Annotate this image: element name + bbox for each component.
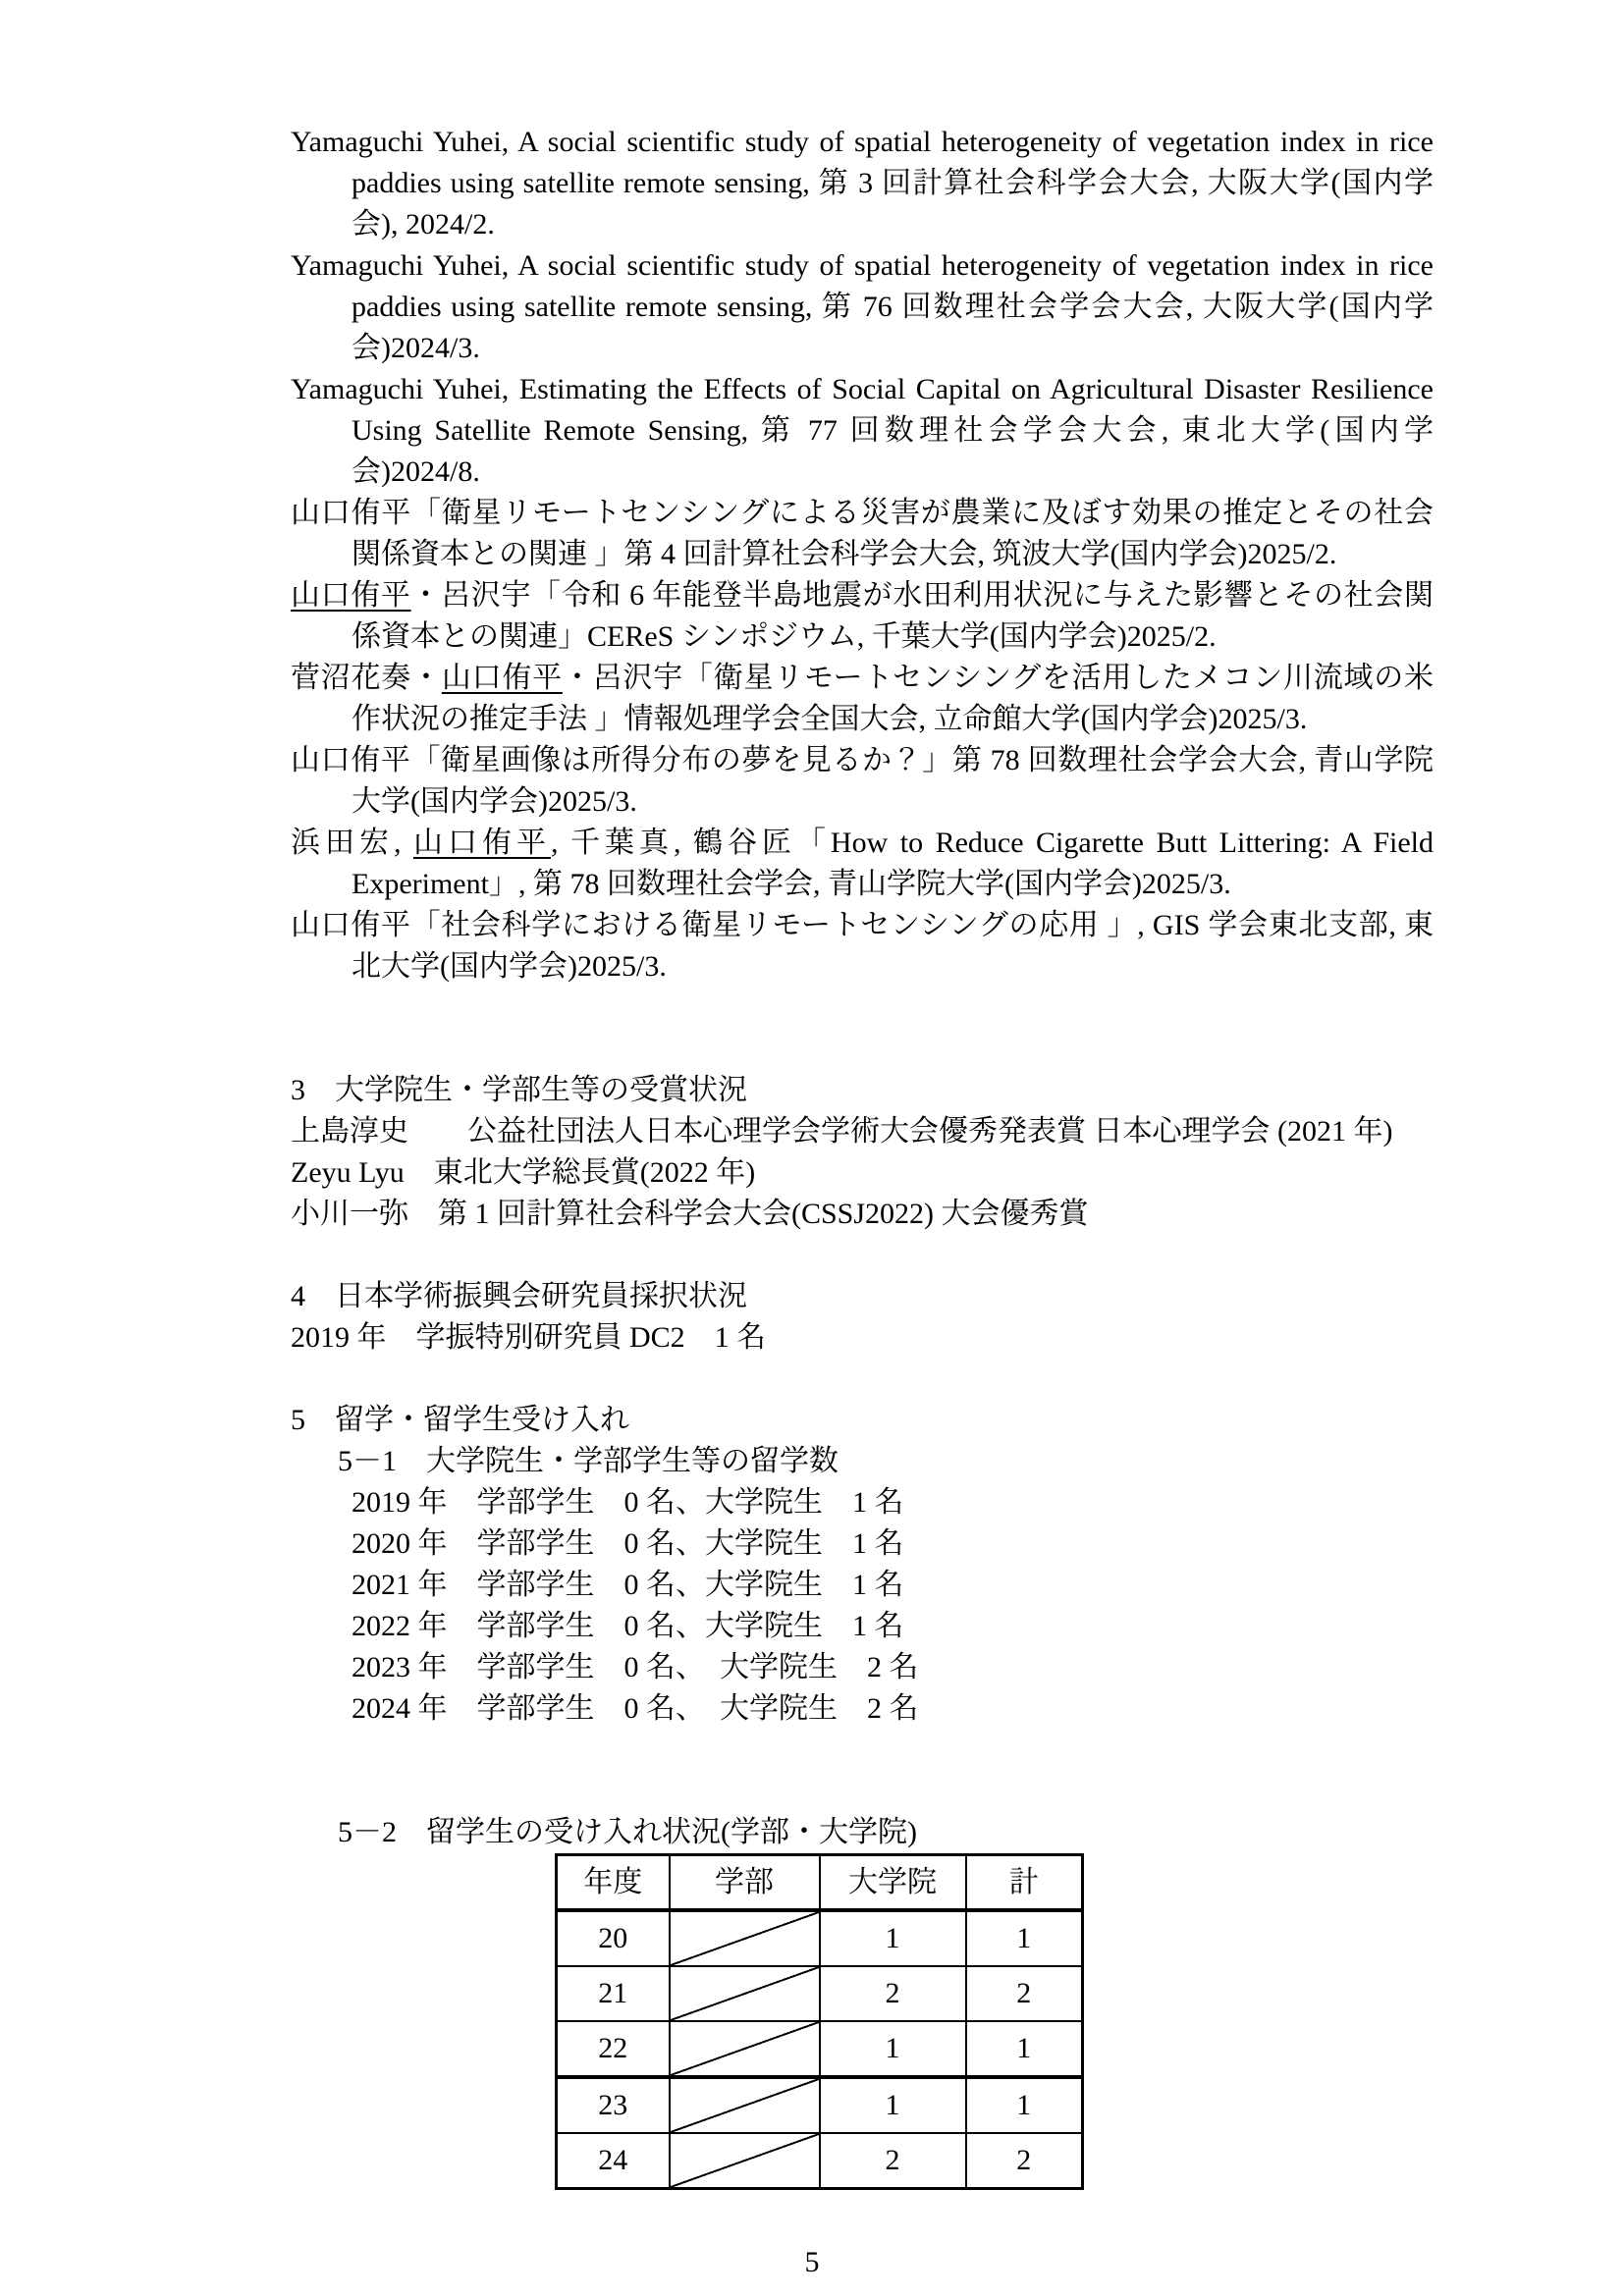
cell-grad: 1 [820,2021,966,2077]
col-header-total: 計 [966,1855,1083,1911]
section-jsps: 4 日本学術振興会研究員採択状況 2019 年 学振特別研究員 DC2 1 名 [291,1276,1434,1359]
award-item: 小川一弥 第 1 回計算社会科学会大会(CSSJ2022) 大会優秀賞 [291,1194,1434,1235]
diagonal-slash-cell [670,2077,820,2133]
cell-grad: 1 [820,1910,966,1966]
table-header-row: 年度 学部 大学院 計 [557,1855,1083,1911]
award-item: 上島淳史 公益社団法人日本心理学会学術大会優秀発表賞 日本心理学会 (2021 … [291,1111,1434,1152]
underlined-author: 山口侑平 [291,579,411,612]
publication-entry: 山口侑平「衛星画像は所得分布の夢を見るか？」第 78 回数理社会学会大会, 青山… [291,740,1434,823]
entry-text: 山口侑平「社会科学における衛星リモートセンシングの応用 」, GIS 学会東北支… [291,909,1434,983]
study-year-item: 2021 年 学部学生 0 名、大学院生 1 名 [352,1565,1434,1606]
cell-year: 22 [557,2021,670,2077]
cell-total: 2 [966,1966,1083,2021]
acceptance-table: 年度 学部 大学院 計 20 1 1 [555,1853,1084,2190]
diagonal-slash-cell [670,2133,820,2189]
study-year-item: 2022 年 学部学生 0 名、大学院生 1 名 [352,1606,1434,1647]
publication-entry: 菅沼花奏・山口侑平・呂沢宇「衛星リモートセンシングを活用したメコン川流域の米作状… [291,658,1434,740]
section-jsps-heading: 4 日本学術振興会研究員採択状況 [291,1276,1434,1317]
study-year-item: 2023 年 学部学生 0 名、 大学院生 2 名 [352,1647,1434,1688]
cell-year: 23 [557,2077,670,2133]
cell-year: 24 [557,2133,670,2189]
section-awards-heading: 3 大学院生・学部生等の受賞状況 [291,1070,1434,1111]
subsection-5-1: 5－1 大学院生・学部学生等の留学数 2019 年 学部学生 0 名、大学院生 … [291,1441,1434,1730]
page-content: Yamaguchi Yuhei, A social scientific stu… [291,122,1434,2190]
publication-entry: Yamaguchi Yuhei, A social scientific stu… [291,245,1434,369]
diagonal-slash-cell [670,1910,820,1966]
entry-text: ・呂沢宇「令和 6 年能登半島地震が水田利用状況に与えた影響とその社会関係資本と… [352,579,1434,653]
award-item: Zeyu Lyu 東北大学総長賞(2022 年) [291,1152,1434,1194]
table-row: 21 2 2 [557,1966,1083,2021]
subsection-5-2-heading: 5－2 留学生の受け入れ状況(学部・大学院) [338,1812,1434,1853]
entry-text: Yamaguchi Yuhei, A social scientific stu… [291,249,1434,364]
underlined-author: 山口侑平 [442,662,563,694]
publication-entry: 浜田宏, 山口侑平, 千葉真, 鶴谷匠「How to Reduce Cigare… [291,823,1434,905]
entry-text: 菅沼花奏・ [291,662,442,694]
publication-entry: Yamaguchi Yuhei, A social scientific stu… [291,122,1434,245]
cell-grad: 1 [820,2077,966,2133]
publications-list: Yamaguchi Yuhei, A social scientific stu… [291,122,1434,988]
cell-total: 1 [966,2021,1083,2077]
cell-grad: 2 [820,2133,966,2189]
underlined-author: 山口侑平 [413,827,551,859]
cell-year: 20 [557,1910,670,1966]
col-header-year: 年度 [557,1855,670,1911]
col-header-undergrad: 学部 [670,1855,820,1911]
study-year-item: 2019 年 学部学生 0 名、大学院生 1 名 [352,1482,1434,1523]
entry-text: 山口侑平「衛星画像は所得分布の夢を見るか？」第 78 回数理社会学会大会, 青山… [291,744,1434,818]
jsps-item: 2019 年 学振特別研究員 DC2 1 名 [291,1317,1434,1359]
section-study-heading: 5 留学・留学生受け入れ [291,1400,1434,1441]
publication-entry: 山口侑平「衛星リモートセンシングによる災害が農業に及ぼす効果の推定とその社会関係… [291,493,1434,575]
table-row: 23 1 1 [557,2077,1083,2133]
publication-entry: 山口侑平・呂沢宇「令和 6 年能登半島地震が水田利用状況に与えた影響とその社会関… [291,575,1434,658]
document-page: Yamaguchi Yuhei, A social scientific stu… [0,0,1624,2296]
publication-entry: Yamaguchi Yuhei, Estimating the Effects … [291,369,1434,493]
entry-text: 山口侑平「衛星リモートセンシングによる災害が農業に及ぼす効果の推定とその社会関係… [291,497,1434,570]
section-study-abroad: 5 留学・留学生受け入れ 5－1 大学院生・学部学生等の留学数 2019 年 学… [291,1400,1434,2190]
entry-text: Yamaguchi Yuhei, Estimating the Effects … [291,373,1434,488]
study-year-item: 2020 年 学部学生 0 名、大学院生 1 名 [352,1523,1434,1565]
diagonal-slash-cell [670,1966,820,2021]
col-header-grad: 大学院 [820,1855,966,1911]
entry-text: 浜田宏, [291,827,413,859]
page-number: 5 [0,2242,1624,2283]
entry-text: Yamaguchi Yuhei, A social scientific stu… [291,126,1434,240]
cell-grad: 2 [820,1966,966,2021]
cell-total: 2 [966,2133,1083,2189]
cell-year: 21 [557,1966,670,2021]
study-year-item: 2024 年 学部学生 0 名、 大学院生 2 名 [352,1688,1434,1730]
table-row: 24 2 2 [557,2133,1083,2189]
table-row: 22 1 1 [557,2021,1083,2077]
publication-entry: 山口侑平「社会科学における衛星リモートセンシングの応用 」, GIS 学会東北支… [291,905,1434,988]
section-awards: 3 大学院生・学部生等の受賞状況 上島淳史 公益社団法人日本心理学会学術大会優秀… [291,1070,1434,1235]
subsection-5-1-heading: 5－1 大学院生・学部学生等の留学数 [338,1441,1434,1482]
cell-total: 1 [966,2077,1083,2133]
subsection-5-2: 5－2 留学生の受け入れ状況(学部・大学院) 年度 学部 大学院 計 [291,1812,1434,2190]
cell-total: 1 [966,1910,1083,1966]
table-row: 20 1 1 [557,1910,1083,1966]
diagonal-slash-cell [670,2021,820,2077]
